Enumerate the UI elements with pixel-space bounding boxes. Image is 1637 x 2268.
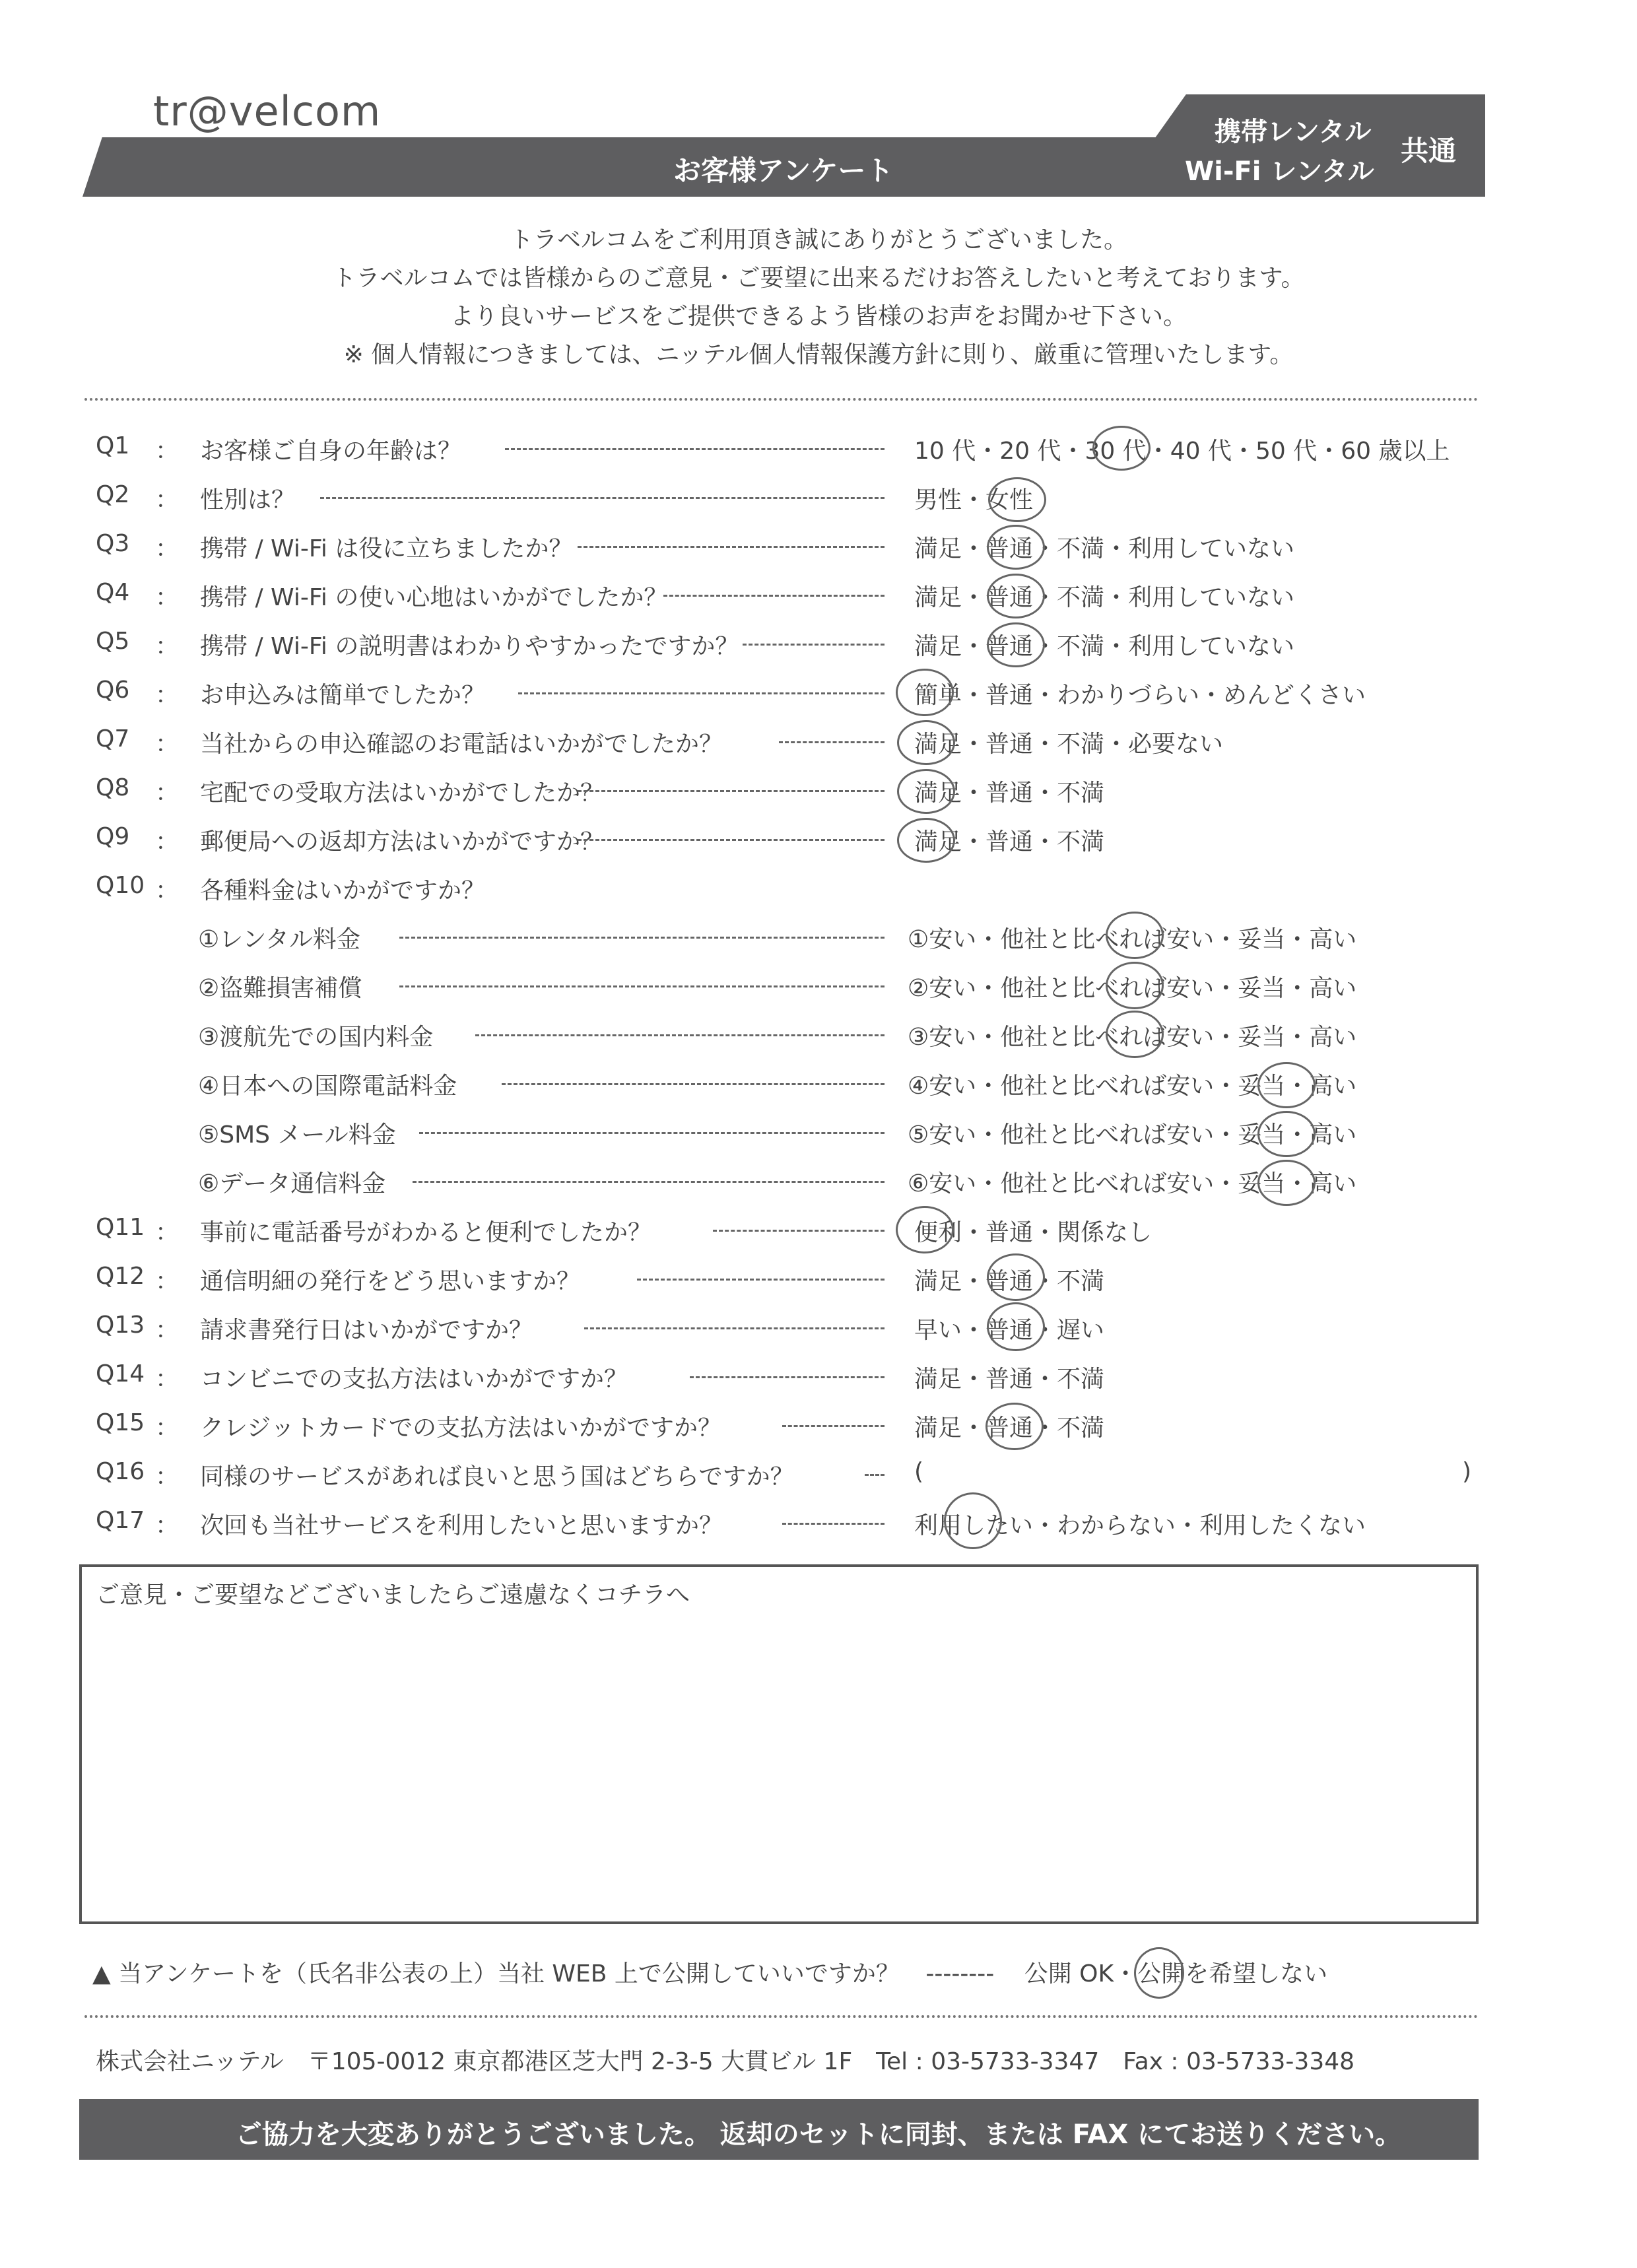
leader-dashes <box>578 839 885 841</box>
colon: ： <box>155 1360 179 1394</box>
q10-item-data: ⑥データ通信料金 ⑥安い・他社と比べれば安い・妥当・高い <box>96 1165 1488 1205</box>
selected-answer-circle <box>987 1302 1045 1351</box>
colon: ： <box>155 1263 179 1296</box>
colon: ： <box>155 579 179 613</box>
leader-dashes <box>419 1132 885 1134</box>
question-text: お申込みは簡単でしたか？ <box>200 677 485 710</box>
colon: ： <box>155 872 179 906</box>
question-text: 携帯 / Wi-Fi の説明書はわかりやすかったですか？ <box>200 628 739 661</box>
leader-dashes <box>505 448 885 450</box>
question-text: 携帯 / Wi-Fi は役に立ちましたか？ <box>200 530 572 564</box>
selected-answer-circle <box>986 1403 1044 1450</box>
question-row-q2: Q2 ： 性別は？ 男性・女性 <box>96 481 1488 521</box>
answer-options[interactable]: 簡単・普通・わかりづらい・めんどくさい <box>914 677 1366 710</box>
question-row-q6: Q6 ： お申込みは簡単でしたか？ 簡単・普通・わかりづらい・めんどくさい <box>96 677 1488 716</box>
answer-options[interactable]: 満足・普通・不満・必要ない <box>914 725 1223 759</box>
question-text: 郵便局への返却方法はいかがですか？ <box>200 823 604 857</box>
question-text: クレジットカードでの支払方法はいかがですか？ <box>200 1409 721 1443</box>
selected-answer-circle <box>897 818 955 863</box>
colon: ： <box>155 1312 179 1345</box>
service-wifi-rental: Wi-Fi レンタル <box>1185 150 1374 188</box>
question-text: 請求書発行日はいかがですか？ <box>200 1312 533 1345</box>
colon: ： <box>155 530 179 564</box>
question-number: Q2 <box>96 481 129 508</box>
selected-answer-circle <box>897 720 955 765</box>
divider-top <box>84 398 1479 401</box>
q10-item-theft-damage: ②盗難損害補償 ②安い・他社と比べれば安い・妥当・高い <box>96 970 1488 1009</box>
selected-answer-circle <box>896 669 954 716</box>
leader-dashes <box>399 985 885 987</box>
sub-question-label: ⑥データ通信料金 <box>198 1165 385 1199</box>
question-number: Q13 <box>96 1312 145 1339</box>
colon: ： <box>155 481 179 515</box>
leader-dashes <box>578 790 885 792</box>
leader-dashes <box>690 1376 885 1378</box>
question-row-q9: Q9 ： 郵便局への返却方法はいかがですか？ 満足・普通・不満 <box>96 823 1488 863</box>
sub-question-label: ④日本への国際電話料金 <box>198 1067 457 1101</box>
question-number: Q6 <box>96 677 129 704</box>
intro-line-4: ※ 個人情報につきましては、ニッテル個人情報保護方針に則り、厳重に管理いたします… <box>0 336 1637 370</box>
question-text: お客様ご自身の年齢は？ <box>200 432 461 466</box>
country-answer-field[interactable] <box>934 1458 1330 1491</box>
selected-answer-circle <box>1106 962 1164 1009</box>
selected-answer-circle <box>987 1253 1045 1301</box>
question-number: Q17 <box>96 1507 145 1534</box>
selected-answer-circle <box>1257 1111 1316 1157</box>
question-row-q16: Q16 ： 同様のサービスがあれば良いと思う国はどちらですか？ ( ) <box>96 1458 1488 1498</box>
leader-dashes <box>637 1279 885 1281</box>
leader-dashes <box>320 497 885 499</box>
q10-item-rental: ①レンタル料金 ①安い・他社と比べれば安い・妥当・高い <box>96 921 1488 960</box>
colon: ： <box>155 1507 179 1541</box>
question-text: 通信明細の発行をどう思いますか？ <box>200 1263 580 1296</box>
service-mobile-rental: 携帯レンタル <box>1215 111 1371 149</box>
question-number: Q7 <box>96 725 129 752</box>
sub-question-label: ③渡航先での国内料金 <box>198 1018 433 1052</box>
leader-dashes <box>584 1327 885 1329</box>
colon: ： <box>155 725 179 759</box>
question-number: Q14 <box>96 1360 145 1387</box>
selected-answer-circle <box>897 769 955 814</box>
answer-options[interactable]: 満足・普通・不満・利用していない <box>914 628 1294 661</box>
selected-answer-circle <box>987 525 1045 570</box>
colon: ： <box>155 1458 179 1492</box>
question-row-q7: Q7 ： 当社からの申込確認のお電話はいかがでしたか？ 満足・普通・不満・必要な… <box>96 725 1488 765</box>
selected-answer-circle <box>1092 426 1151 471</box>
colon: ： <box>155 432 179 466</box>
colon: ： <box>155 628 179 661</box>
selected-answer-circle <box>896 1206 954 1253</box>
divider-bottom <box>84 2015 1479 2018</box>
question-row-q4: Q4 ： 携帯 / Wi-Fi の使い心地はいかがでしたか？ 満足・普通・不満・… <box>96 579 1488 618</box>
q10-item-intl-call: ④日本への国際電話料金 ④安い・他社と比べれば安い・妥当・高い <box>96 1067 1488 1107</box>
leader-dashes <box>865 1474 885 1476</box>
question-number: Q3 <box>96 530 129 557</box>
question-row-q12: Q12 ： 通信明細の発行をどう思いますか？ 満足・普通・不満 <box>96 1263 1488 1302</box>
question-number: Q1 <box>96 432 129 459</box>
leader-dashes <box>475 1034 885 1036</box>
question-row-q8: Q8 ： 宅配での受取方法はいかがでしたか？ 満足・普通・不満 <box>96 774 1488 814</box>
selected-answer-circle <box>1257 1062 1316 1108</box>
intro-line-3: より良いサービスをご提供できるよう皆様のお声をお聞かせ下さい。 <box>0 298 1637 331</box>
close-paren: ) <box>1462 1458 1471 1485</box>
answer-options[interactable]: 10 代・20 代・30 代・40 代・50 代・60 歳以上 <box>914 432 1450 466</box>
question-number: Q10 <box>96 872 145 899</box>
question-text: 当社からの申込確認のお電話はいかがでしたか？ <box>200 725 723 759</box>
question-row-q5: Q5 ： 携帯 / Wi-Fi の説明書はわかりやすかったですか？ 満足・普通・… <box>96 628 1488 667</box>
colon: ： <box>155 774 179 808</box>
comment-box-label: ご意見・ご要望などございましたらご遠慮なくコチラへ <box>96 1576 690 1610</box>
question-row-q15: Q15 ： クレジットカードでの支払方法はいかがですか？ 満足・普通・不満 <box>96 1409 1488 1449</box>
question-row-q11: Q11 ： 事前に電話番号がわかると便利でしたか？ 便利・普通・関係なし <box>96 1214 1488 1253</box>
leader-dashes <box>743 644 885 646</box>
open-paren: ( <box>914 1458 923 1485</box>
question-number: Q5 <box>96 628 129 655</box>
leader-dashes <box>713 1230 885 1232</box>
intro-line-2: トラベルコムでは皆様からのご意見・ご要望に出来るだけお答えしたいと考えております… <box>0 259 1637 293</box>
selected-answer-circle <box>987 622 1045 667</box>
question-text: 宅配での受取方法はいかがでしたか？ <box>200 774 604 808</box>
leader-dashes <box>399 937 885 939</box>
company-address: 株式会社ニッテル 〒105-0012 東京都港区芝大門 2-3-5 大貫ビル 1… <box>96 2043 1354 2077</box>
leader-dashes <box>578 546 885 548</box>
question-text: 携帯 / Wi-Fi の使い心地はいかがでしたか？ <box>200 579 667 613</box>
question-row-q1: Q1 ： お客様ご自身の年齢は？ 10 代・20 代・30 代・40 代・50 … <box>96 432 1488 472</box>
question-text: 性別は？ <box>200 481 295 515</box>
publish-question: ▲ 当アンケートを（氏名非公表の上）当社 WEB 上で公開していいですか？ <box>92 1960 900 1987</box>
question-number: Q4 <box>96 579 129 606</box>
comment-box[interactable] <box>79 1564 1479 1924</box>
question-number: Q11 <box>96 1214 145 1241</box>
question-text: 各種料金はいかがですか？ <box>200 872 485 906</box>
question-text: コンビニでの支払方法はいかがですか？ <box>200 1360 628 1394</box>
leader-dashes <box>782 1425 885 1427</box>
selected-answer-circle <box>1257 1160 1316 1206</box>
leader-dashes <box>779 741 885 743</box>
sub-question-label: ②盗難損害補償 <box>198 970 362 1003</box>
question-number: Q16 <box>96 1458 145 1485</box>
selected-answer-circle <box>987 574 1045 618</box>
leader-dashes <box>782 1523 885 1525</box>
question-number: Q8 <box>96 774 129 801</box>
survey-title: お客様アンケート <box>673 149 893 189</box>
selected-answer-circle <box>1106 1011 1164 1058</box>
question-number: Q12 <box>96 1263 145 1290</box>
colon: ： <box>155 823 179 857</box>
sub-question-label: ①レンタル料金 <box>198 921 360 954</box>
colon: ： <box>155 1214 179 1248</box>
footer-banner-text: ご協力を大変ありがとうございました。 返却のセットに同封、または FAX にてお… <box>0 2114 1637 2151</box>
leader-dashes: -------- <box>925 1960 994 1987</box>
q10-item-sms: ⑤SMS メール料金 ⑤安い・他社と比べれば安い・妥当・高い <box>96 1116 1488 1156</box>
intro-line-1: トラベルコムをご利用頂き誠にありがとうございました。 <box>0 221 1637 255</box>
question-text: 次回も当社サービスを利用したいと思いますか？ <box>200 1507 723 1541</box>
service-common-label: 共通 <box>1401 129 1456 169</box>
travelcom-logo: tr@velcom <box>153 87 381 135</box>
answer-options[interactable]: 満足・普通・不満 <box>914 1360 1104 1394</box>
answer-options[interactable]: 満足・普通・不満・利用していない <box>914 579 1294 613</box>
leader-dashes <box>413 1181 885 1183</box>
question-row-q13: Q13 ： 請求書発行日はいかがですか？ 早い・普通・遅い <box>96 1312 1488 1351</box>
colon: ： <box>155 1409 179 1443</box>
leader-dashes <box>502 1083 885 1085</box>
selected-answer-circle <box>988 477 1046 522</box>
selected-answer-circle <box>1106 912 1164 959</box>
leader-dashes <box>663 595 885 597</box>
question-number: Q9 <box>96 823 129 850</box>
colon: ： <box>155 677 179 710</box>
selected-answer-circle <box>1134 1947 1184 1999</box>
question-text: 同様のサービスがあれば良いと思う国はどちらですか？ <box>200 1458 794 1492</box>
question-number: Q15 <box>96 1409 145 1436</box>
selected-answer-circle <box>944 1492 1002 1549</box>
question-row-q17: Q17 ： 次回も当社サービスを利用したいと思いますか？ 利用したい・わからない… <box>96 1507 1488 1547</box>
sub-question-label: ⑤SMS メール料金 <box>198 1116 396 1150</box>
question-row-q3: Q3 ： 携帯 / Wi-Fi は役に立ちましたか？ 満足・普通・不満・利用して… <box>96 530 1488 570</box>
question-row-q10: Q10 ： 各種料金はいかがですか？ <box>96 872 1488 912</box>
question-row-q14: Q14 ： コンビニでの支払方法はいかがですか？ 満足・普通・不満 <box>96 1360 1488 1400</box>
q10-item-local-charges: ③渡航先での国内料金 ③安い・他社と比べれば安い・妥当・高い <box>96 1018 1488 1058</box>
question-text: 事前に電話番号がわかると便利でしたか？ <box>200 1214 651 1248</box>
leader-dashes <box>518 692 885 694</box>
answer-options[interactable]: 満足・普通・不満・利用していない <box>914 530 1294 564</box>
